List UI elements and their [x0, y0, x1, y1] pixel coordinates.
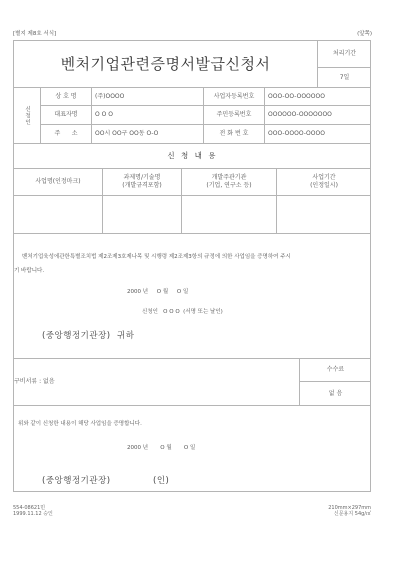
footer-approval: 554-08621민 1999.11.12 승인 [13, 505, 53, 517]
statement-date: 2000 년 O 월 O 일 [127, 287, 188, 295]
representative-value: O O O [92, 106, 203, 124]
addressee: (중앙행정기관장) 귀하 [42, 329, 134, 341]
statement-text-line2: 기 바랍니다. [14, 266, 44, 274]
form-title: 벤처기업관련증명서발급신청서 [14, 41, 317, 87]
task-name-field[interactable] [103, 196, 181, 233]
phone-label: 전 화 번 호 [204, 125, 264, 143]
seal[interactable]: (인) [153, 474, 169, 486]
organization-field[interactable] [182, 196, 276, 233]
address-label: 주 소 [41, 125, 91, 143]
issuer: (중앙행정기관장) [42, 474, 111, 486]
applicant-signature[interactable]: 신청인 O O O (서명 또는 날인) [142, 307, 223, 315]
request-section-title: 신 청 내 용 [14, 144, 371, 168]
phone-value: OOO-OOOO-OOOO [265, 125, 371, 143]
side-note: (앞쪽) [357, 29, 372, 37]
footer-approval-date: 1999.11.12 승인 [13, 511, 53, 517]
representative-label: 대표자명 [41, 106, 91, 124]
required-documents: 구비서류 : 없음 [13, 359, 299, 405]
processing-period-label: 처리기간 [318, 41, 371, 67]
column-header-period: 사업기간 (인정일시) [277, 169, 371, 195]
certification-text: 위와 같이 신청한 내용이 해당 사업임을 증명합니다. [18, 419, 142, 427]
company-name-value: (주)OOOO [92, 88, 203, 105]
project-name-field[interactable] [14, 196, 102, 233]
column-header-project-name: 사업명(인정마크) [14, 169, 102, 195]
business-reg-label: 사업자등록번호 [204, 88, 264, 105]
applicant-group-label: 신청인 [23, 106, 31, 126]
statement-text-line1: 벤처기업육성에관한특별조치법 제2조제3호제나목 및 시행령 제2조제3항의 규… [22, 252, 291, 260]
company-name-label: 상 호 명 [41, 88, 91, 105]
processing-period-value: 7일 [318, 68, 371, 87]
footer-paper-type: 신문용지 54g/㎡ [328, 511, 371, 517]
form-number: [별지 제8호 서식] [13, 29, 56, 37]
business-reg-value: OOO-OO-OOOOOO [265, 88, 371, 105]
address-value: OO시 OO구 OO동 O-O [92, 125, 203, 143]
column-header-organization: 개발주관기관 (기업, 연구소 등) [182, 169, 276, 195]
fee-value: 없 음 [300, 382, 371, 405]
resident-reg-label: 주민등록번호 [204, 106, 264, 124]
period-field[interactable] [277, 196, 371, 233]
fee-label: 수수료 [300, 359, 371, 381]
certification-date: 2000 년 O 월 O 일 [127, 443, 195, 451]
footer-paper-spec: 210mm×297mm 신문용지 54g/㎡ [328, 505, 371, 517]
column-header-task-name: 과제명/기술명 (개발규격포함) [103, 169, 181, 195]
resident-reg-value: OOOOOO-OOOOOOO [265, 106, 371, 124]
